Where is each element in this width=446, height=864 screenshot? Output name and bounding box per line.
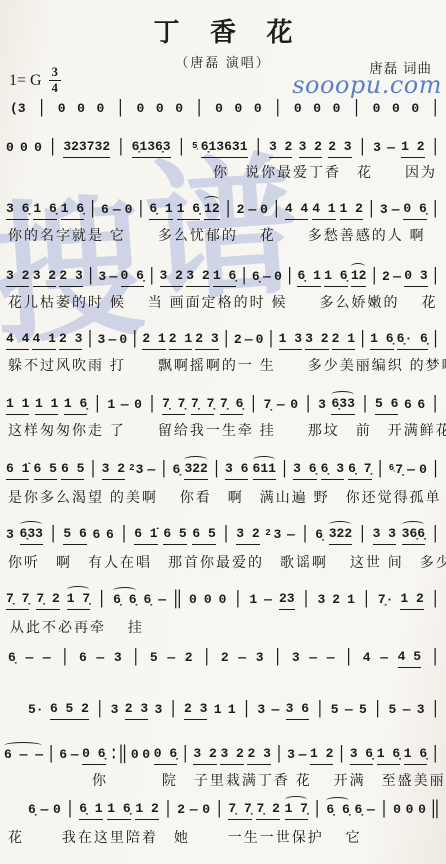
lyrics-line: 你的名字就是 它 多么忧郁的 花 多愁善感的人 啊 当 [8,225,446,245]
barline: | [97,589,106,613]
note-group: 6 1̇ [6,462,29,480]
barline: | [85,329,94,353]
barline: | [169,699,178,723]
time-signature-denominator: 4 [52,81,58,95]
note-group: — [109,270,117,287]
note-group: 0 [136,102,144,119]
note-group: 0 [58,102,66,119]
note-group: — [238,651,246,668]
notation-line: 3 23 22 3|3—0 6̣|3 23 21 6̣|6̣—0|6̣ 11 6… [6,268,440,287]
note-group: — [345,703,353,720]
note-group: — [158,593,166,610]
notation-line: 4 44 12 3|3—0|2 12 12 3|2—0|1 33 22 1|1 … [6,331,440,350]
note-group: — [25,651,33,668]
barline: | [212,459,221,483]
note-group: 0 [34,141,42,158]
barline: | [49,524,58,548]
barline: | [358,137,367,161]
note-group: 1 6̣ [370,332,393,350]
barline: | [370,266,379,290]
note-group: 3 2 [186,269,209,287]
note-group: 3 2 [305,332,328,350]
barline: | [337,744,346,768]
note-group: 0 [313,102,321,119]
note-group: 6 5 [163,527,186,545]
note-group: 6̣ [315,528,323,545]
note-group: 0 [219,593,227,610]
note-group: 1 6̣ [64,397,87,415]
score-area: (3|000|000|000|000|000|000|323732|6̣136̣… [0,0,446,864]
notation-line: 7̣ 7̣7̣ 21 7̣|6̣ 6̣6̣—‖000|1—23|321|7̣·1… [6,591,440,610]
note-group: — [263,270,271,287]
note-group: — [277,398,285,415]
barline: | [362,589,371,613]
note-group: 3 2 [6,269,29,287]
note-group: — [108,333,116,350]
note-group: 0 [333,102,341,119]
note-group: 1 6̣ [61,202,84,220]
note-group: 0 [6,141,14,158]
barline: | [431,98,440,122]
note-group: 1 6̣ [33,202,56,220]
note-group: 6 [79,651,87,668]
note-group: 7̣ 2 [36,592,59,610]
note-group: 2 3 [328,140,351,158]
note-group: 2 1 [142,332,165,350]
note-group: 3 [111,703,119,720]
barline: | [233,589,242,613]
note-group: 23 [279,592,295,610]
barline: | [273,98,282,122]
barline: | [304,394,313,418]
note-group: 2 3 [125,702,148,720]
note-group: 6 5 [61,462,84,480]
key-signature: 1= G 3 4 [9,66,61,95]
site-watermark: sooopu.com [292,71,442,99]
note-group: 2 3 [247,747,270,765]
barline: | [280,459,289,483]
note-group: 0 [393,803,401,820]
barline: | [48,137,57,161]
note-group: 2 3 [195,332,218,350]
lyrics-line: 你听 啊 有人在唱 那首你最爱的 歌谣啊 这世 间 多少繁 芜 [8,552,446,572]
note-group: 3 2 [160,269,183,287]
note-group: 323732 [63,140,110,158]
note-group: 3 3 [373,527,396,545]
barline: | [431,199,440,223]
note-group: 7̣ 6̣ [220,397,243,415]
note-group: 3 [98,270,106,287]
note-group: 0 6̣ [403,202,426,220]
note-group: — [287,528,295,545]
note-group: 0 [202,803,210,820]
note-group: 6̣ [8,651,16,668]
note-group: 3 6̣ [293,462,316,480]
barline: | [431,394,440,418]
note-group: 7̣· [378,593,394,610]
notation-line: 6̣—0|6̣ 11 6̣1 2|2—0|7̣ 7̣7̣ 21 7̣|6̣ 6̣… [28,801,440,820]
grace-note: 2 [265,528,270,540]
note-group: 5 6 [63,527,86,545]
note-group: 3 [136,463,144,480]
note-group: 0 [189,593,197,610]
barline: | [358,329,367,353]
note-group: 0 [204,593,212,610]
note-group: 611 [253,462,276,480]
barline: | [240,266,249,290]
notation-line: 6 — —|6—0 6̣:‖000 6̣|3 23 22 3|3—1 2|3 6… [4,746,440,765]
note-group: 3 2 [236,527,259,545]
note-group: 3 2 [33,269,56,287]
barline: | [215,799,224,823]
note-group: 6̣· 6̣ [397,332,428,350]
note-group: 3 6 [286,702,309,720]
notation-line: (3|000|000|000|000|000| [10,100,440,119]
note-group: 3 2 [220,747,243,765]
barline: | [195,98,204,122]
barline: | [159,459,168,483]
note-group: 322 [184,462,207,480]
note-group: 0 6̣ [121,269,144,287]
note-group: 1 2 [310,747,333,765]
barline: | [431,647,440,671]
barline: | [313,799,322,823]
lyrics-line: 你 说你最爱丁香 花 因为 [213,162,437,182]
barline: | [37,98,46,122]
note-group: 4 4 [6,332,29,350]
note-group: 3 2 [102,462,125,480]
barline: | [88,199,97,223]
note-group: 4 4 [285,202,308,220]
note-group: 1 2 [340,202,363,220]
lyrics-line: 你 院 子里栽满丁香 花 开满 至盛美丽的鲜 [92,770,446,790]
notation-line: 6̣——|6—3|5—2|2—3|3——|4—4 5| [8,649,440,668]
note-group: 6̣ [28,803,36,820]
note-group: 6 5 2 [50,702,89,720]
barline: | [119,524,128,548]
barline: | [177,137,186,161]
note-group: — [121,398,129,415]
sheet-music-page: 搜 谱 丁 香 花 （唐磊 演唱） 1= G 3 4 唐磊 词曲 sooopu.… [0,0,446,864]
note-group: 6̣ 7̣ [348,462,371,480]
lyrics-line: 花 我在这里陪着 她 一生一世保护 它 [8,827,362,847]
note-group: 6̣ 6̣ [113,593,136,610]
note-group: 3 [380,203,388,220]
note-group: 7̣ 7̣ [228,802,251,820]
note-group: 2 3 [59,269,82,287]
lyrics-line: 是你多么渴望 的美啊 你看 啊 满山遍 野 你还觉得孤单 吗 [8,487,446,507]
note-group: 3 [373,141,381,158]
note-group: 0 [419,463,427,480]
note-group: — [190,803,198,820]
barline: | [367,199,376,223]
notation-line: 5·6 5 2|32 33|2 311|3—3 6|5—5|5—3| [28,701,440,720]
barline: | [272,199,281,223]
note-group: 0 [254,102,262,119]
note-group: 4 1 [312,202,335,220]
time-signature: 3 4 [49,66,61,95]
barline: | [136,199,145,223]
note-group: — [393,270,401,287]
note-group: 3 [257,703,265,720]
note-group: — [327,651,335,668]
note-group: 1 2 [135,802,158,820]
barline: | [315,699,324,723]
note-group: — [113,203,121,220]
note-group: 0 [294,102,302,119]
note-group: 3 2 [269,140,292,158]
barline: | [431,137,440,161]
notation-line: 6 1̇6 56 5|3 223—|6̣322|3 6611|3 6̣6̣ 36… [6,461,440,480]
notation-line: 3 6̣1 6̣1 6̣|6—0|6̣ 11 6̣12|2—0|4 44 11 … [6,201,440,220]
note-group: 3 6 [225,462,248,480]
barline: | [60,647,69,671]
barline: | [93,394,102,418]
note-group: 5 6 [375,397,398,415]
barline: | [431,744,440,768]
note-group: (3 [10,102,26,119]
barline: | [181,744,190,768]
note-group: 6̣ [252,270,260,287]
note-group: 6̣ [354,803,362,820]
note-group: 6̣136̣3 [132,140,171,158]
note-group: — [245,333,253,350]
barline: | [224,199,233,223]
note-group: — [380,651,388,668]
note-group: 6̣ [173,463,181,480]
note-group: 6 1̇ [134,527,157,545]
barline: | [431,329,440,353]
barline: | [431,699,440,723]
barline: | [131,647,140,671]
note-group: 6 [101,203,109,220]
note-group: 0 [134,398,142,415]
barline: | [86,266,95,290]
barline: | [254,137,263,161]
barline: ‖ [431,799,440,823]
note-group: 0 [156,102,164,119]
barline: | [360,394,369,418]
note-group: 6̣ 1 [79,802,102,820]
note-group: 3 [155,703,163,720]
note-group: 1 6̣ [377,747,400,765]
note-group: 3 2 [193,747,216,765]
note-group: 0 [418,803,426,820]
note-group: 2 [185,651,193,668]
note-group: 3 [318,593,326,610]
note-group: 6 5 [34,462,57,480]
note-group: — [167,651,175,668]
note-group: 2 [177,803,185,820]
note-group: 3 [292,651,300,668]
note-group: 12 [351,269,367,287]
note-group: 1 6̣ [177,202,200,220]
note-group: 0 [260,203,268,220]
note-group: 3 [287,748,295,765]
note-group: 3 [273,528,281,545]
note-group: 1 2 [400,592,423,610]
note-group: — [96,651,104,668]
barline: | [431,459,440,483]
note-group: 3 [114,651,122,668]
note-group: 0 [20,141,28,158]
note-group: 1 6̣ [324,269,347,287]
barline: | [222,329,231,353]
grace-note: 6̣ [389,463,394,475]
note-group: 3 6̣ [350,747,373,765]
note-group: 5· [28,703,44,720]
barline: | [47,744,56,768]
note-group: — [148,463,156,480]
note-group: 0 [256,333,264,350]
lyrics-line: 从此不必再牵 挂 [10,617,144,637]
grace-note: 5̣ [192,141,197,153]
note-group: 0 6̣ [154,747,177,765]
note-group: 0 [392,102,400,119]
barline: | [116,137,125,161]
note-group: 3 [256,651,264,668]
barline: | [431,266,440,290]
note-group: 0 [215,102,223,119]
note-group: 2 [382,270,390,287]
barline: | [273,647,282,671]
note-group: 1 2 [401,140,424,158]
barline: | [267,329,276,353]
note-group: — [43,651,51,668]
note-group: 0 [119,333,127,350]
note-group: — [407,463,415,480]
note-group: — [392,203,400,220]
note-group: 6 [92,528,100,545]
grace-note: 2 [129,463,134,475]
note-group: 5 [331,703,339,720]
note-group: 0 [274,270,282,287]
note-group: 1 [228,703,236,720]
note-group: 2 [237,203,245,220]
note-group: — [387,141,395,158]
note-group: 6̣33 [20,527,43,545]
note-group: 0 [131,748,139,765]
barline: | [358,524,367,548]
note-group: 6̣ 1 [149,202,172,220]
barline: | [431,589,440,613]
notation-line: 36̣33|5 666|6 1̇6 56 5|3 223—|6̣322|3 33… [6,526,440,545]
barline: | [89,459,98,483]
barline: | [376,459,385,483]
notation-line: 1 11 11 6̣|1—0|7̣ 7̣7̣ 7̣7̣ 6̣|7̣—0|36̣3… [6,396,440,415]
barline: | [147,266,156,290]
barline: | [379,799,388,823]
note-group: 4 1 [32,332,55,350]
note-group: 0 [406,803,414,820]
note-group: 1 [107,398,115,415]
note-group: 6̣ 3 [321,462,344,480]
note-group: 0 [142,748,150,765]
note-group: 1 6̣ [404,747,427,765]
note-group: 7̣ [263,398,271,415]
note-group: 2 [234,333,242,350]
note-group: — [71,748,79,765]
note-group: 12 [204,202,220,220]
note-group: 7̣ 7̣ [162,397,185,415]
note-group: 5 [388,703,396,720]
key-label: 1= G [9,72,42,90]
barline: | [301,524,310,548]
barline: :‖ [109,744,127,768]
note-group: — [271,703,279,720]
barline: | [163,799,172,823]
note-group: 1 7̣ [67,592,90,610]
note-group: — [309,651,317,668]
note-group: 0 [290,398,298,415]
note-group: 1 [214,703,222,720]
note-group: 6 [404,398,412,415]
note-group: 3 2 [299,140,322,158]
note-group: 5 [359,703,367,720]
note-group: 0 [373,102,381,119]
note-group: 4 5 [398,650,421,668]
note-group: 7̣ 7̣ [6,592,29,610]
note-group: 3 [6,528,14,545]
note-group: 6 — — [4,748,43,765]
note-group: 0 3 [404,269,427,287]
note-group: 0 [175,102,183,119]
note-group: 7̣ 2 [256,802,279,820]
barline: | [222,524,231,548]
note-group: 3 [98,333,106,350]
note-group: 0 [235,102,243,119]
barline: | [66,799,75,823]
note-group: 2 3 [184,702,207,720]
barline: | [116,98,125,122]
note-group: 6̣33 [331,397,354,415]
note-group: — [367,803,375,820]
note-group: — [41,803,49,820]
note-group: 0 [125,203,133,220]
note-group: 0 6̣ [82,747,105,765]
note-group: 6 [417,398,425,415]
note-group: 5 [150,651,158,668]
note-group: 1 6̣ [213,269,236,287]
time-signature-numerator: 3 [49,66,61,81]
note-group: 1 3 [279,332,302,350]
barline: | [344,647,353,671]
note-group: 0 [53,803,61,820]
note-group: 322 [329,527,352,545]
song-title: 丁 香 花 [0,12,446,49]
note-group: 0 [77,102,85,119]
note-group: 6̣ 1 [297,269,320,287]
note-group: 6̣ 6̣ [326,803,349,820]
note-group: 2 [332,593,340,610]
note-group: 1 [249,593,257,610]
note-group: 6 [106,528,114,545]
barline: | [202,647,211,671]
lyrics-line: 这样匆匆你走 了 留给我一生牵 挂 那坟 前 开满鲜花 [8,420,446,440]
note-group: 6 [59,748,67,765]
note-group: 1 7̣ [285,802,308,820]
barline: | [242,699,251,723]
note-group: 7̣ [395,463,403,480]
barline: | [285,266,294,290]
note-group: 2 1 [169,332,192,350]
note-group: 1 [347,593,355,610]
note-group: 2 3 [59,332,82,350]
note-group: — [248,203,256,220]
barline: ‖ [173,589,182,613]
notation-line: 000|323732|6̣136̣3|5̣6̣13631|3 23 22 3|3… [6,139,440,158]
note-group: 1 1 [35,397,58,415]
